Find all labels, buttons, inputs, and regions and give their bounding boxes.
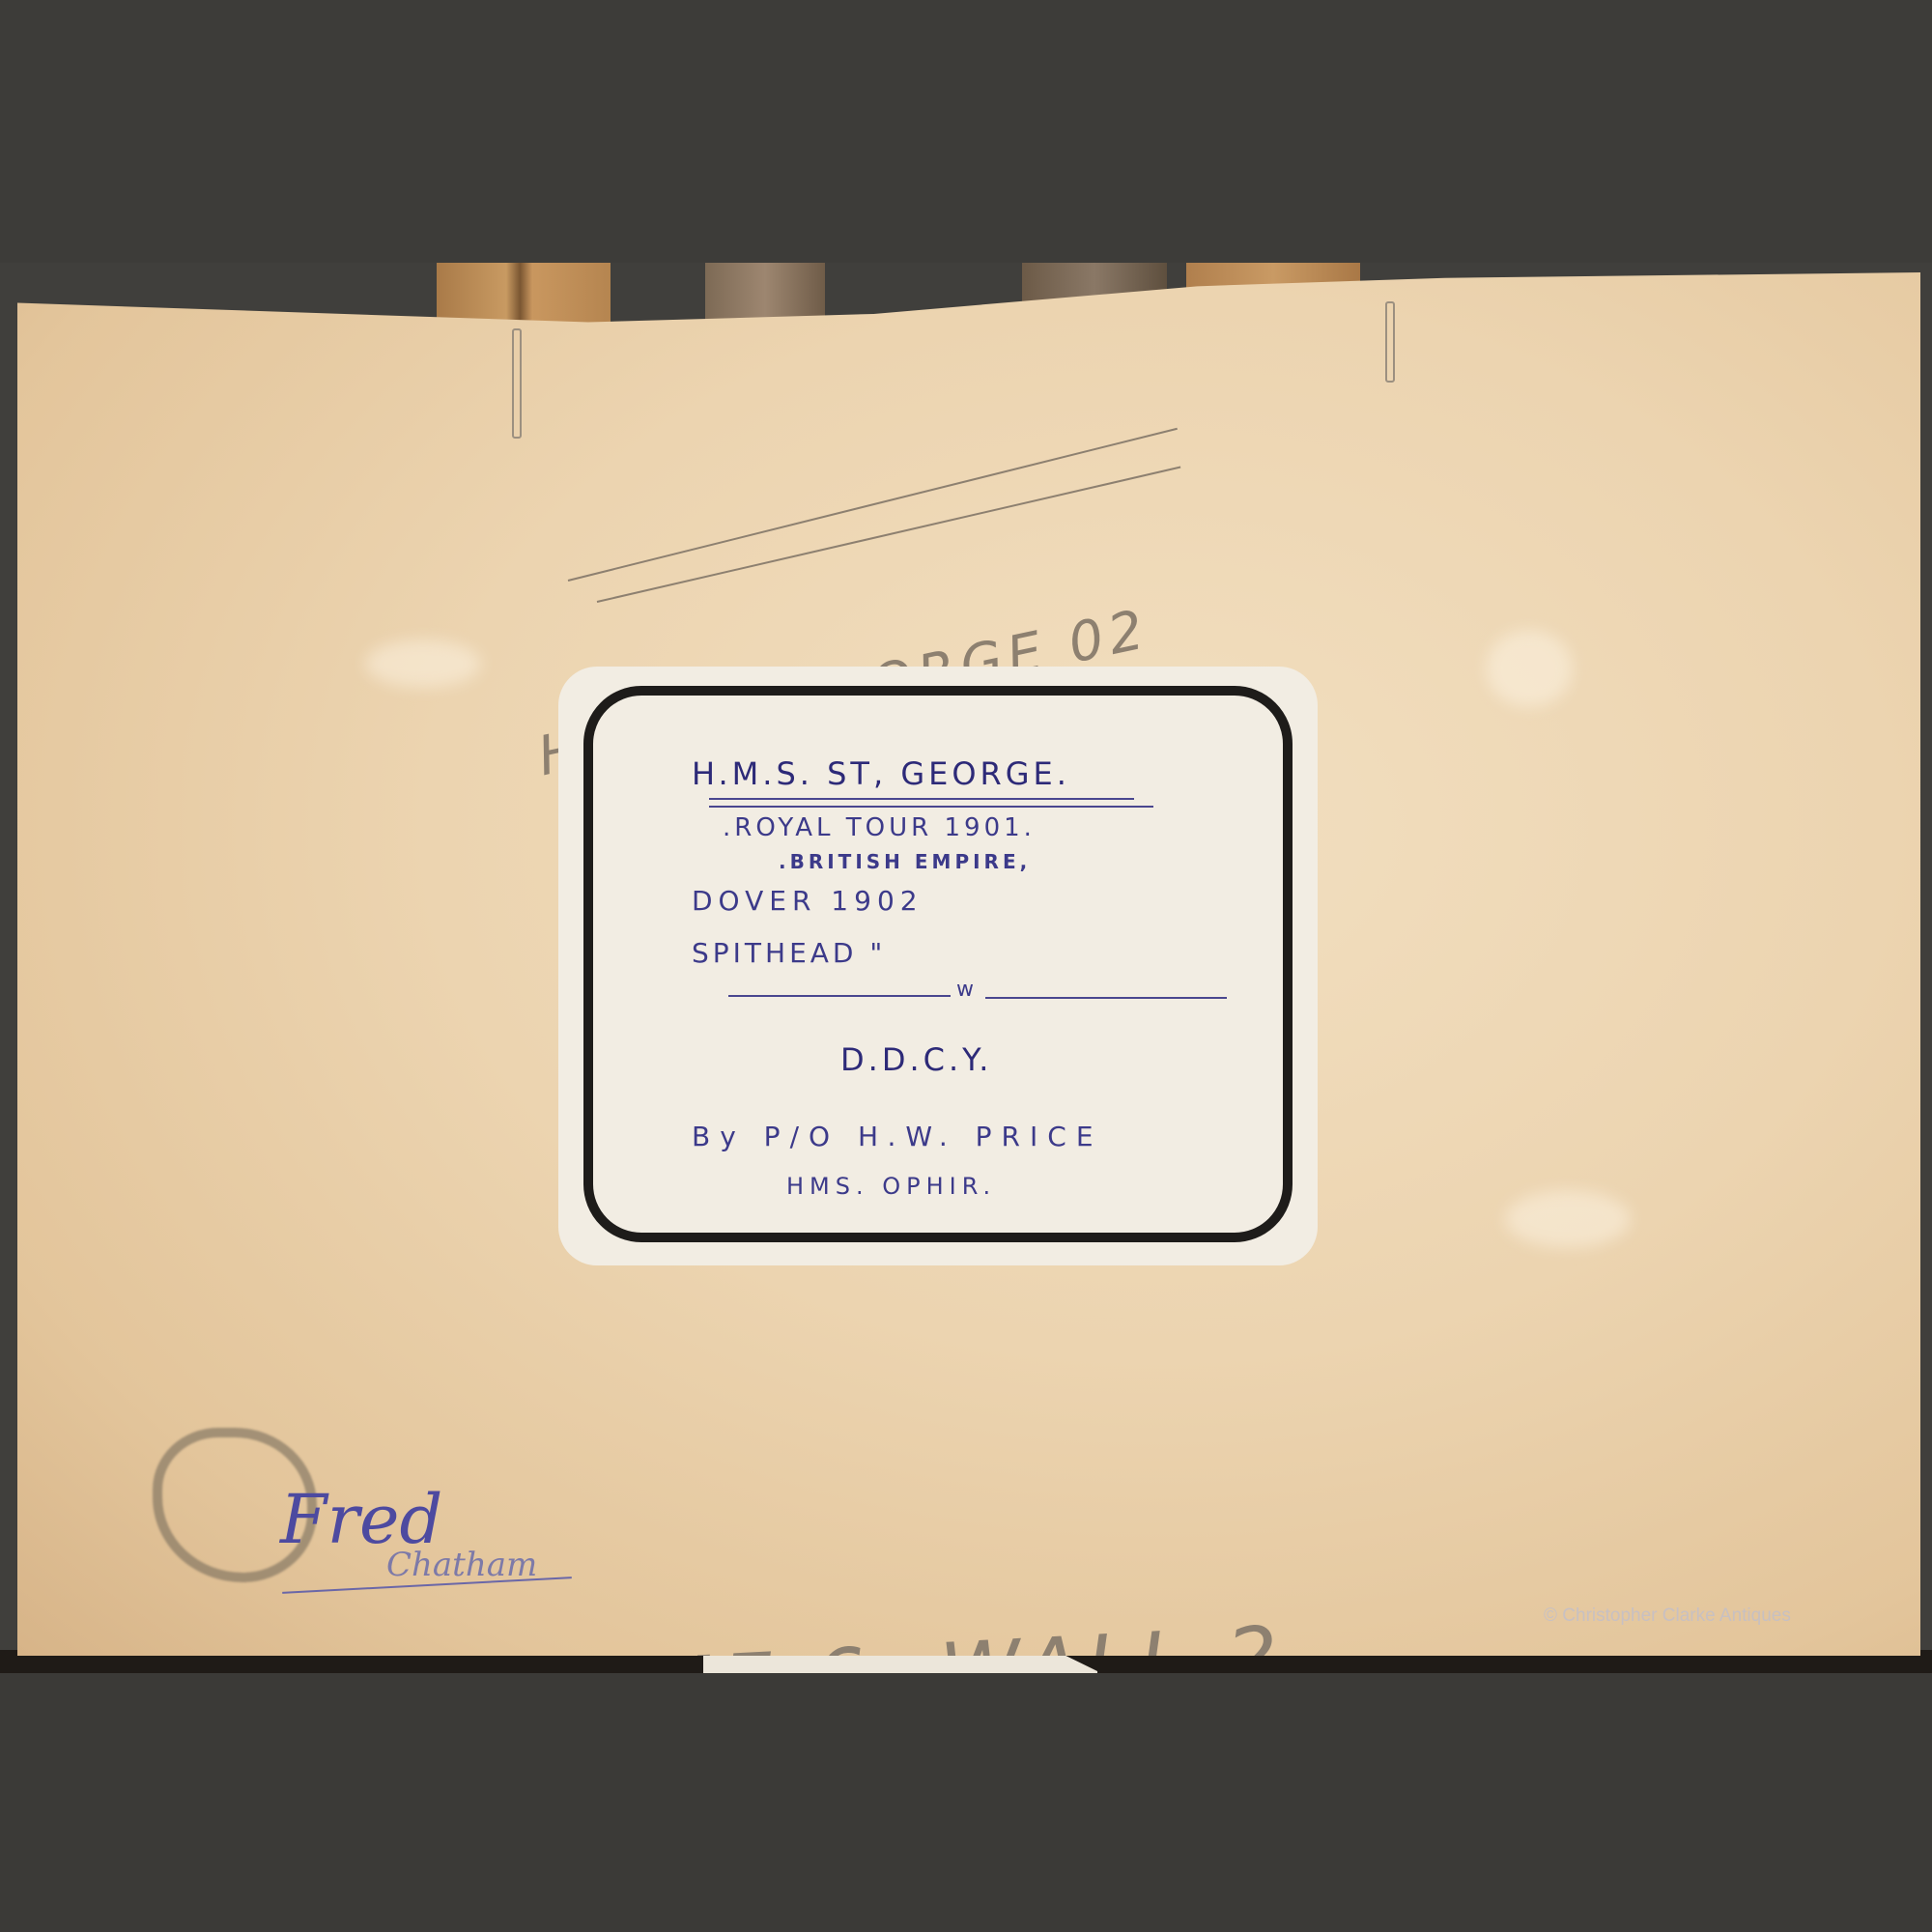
watermark: © Christopher Clarke Antiques — [1544, 1605, 1791, 1627]
label-line-dover: DOVER 1902 — [692, 885, 923, 917]
label-line-british-empire: .BRITISH EMPIRE, — [779, 850, 1031, 873]
signature-subtext: Chatham — [386, 1546, 537, 1584]
label-ship: HMS. OPHIR. — [786, 1173, 996, 1200]
title-underline — [709, 806, 1153, 808]
label-divider — [985, 997, 1227, 999]
pencil-mark — [1385, 301, 1395, 383]
label-line-royal-tour: .ROYAL TOUR 1901. — [723, 813, 1036, 842]
stain — [1486, 630, 1573, 707]
label-code: D.D.C.Y. — [840, 1041, 992, 1078]
stain — [1505, 1190, 1631, 1248]
backdrop-top — [0, 0, 1932, 263]
pencil-mark — [512, 328, 522, 439]
label-author: By P/O H.W. PRICE — [692, 1121, 1103, 1152]
label-divider — [728, 995, 951, 997]
title-underline — [709, 798, 1134, 800]
label-title: H.M.S. ST, GEORGE. — [692, 755, 1070, 792]
label-card: H.M.S. ST, GEORGE. .ROYAL TOUR 1901. .BR… — [558, 667, 1318, 1265]
backdrop-bottom — [0, 1673, 1932, 1932]
pencil-underline — [568, 428, 1178, 582]
stain — [365, 639, 481, 688]
divider-flourish: w — [956, 978, 978, 1002]
label-line-spithead: SPITHEAD " — [692, 937, 886, 969]
pencil-underline — [597, 467, 1181, 603]
